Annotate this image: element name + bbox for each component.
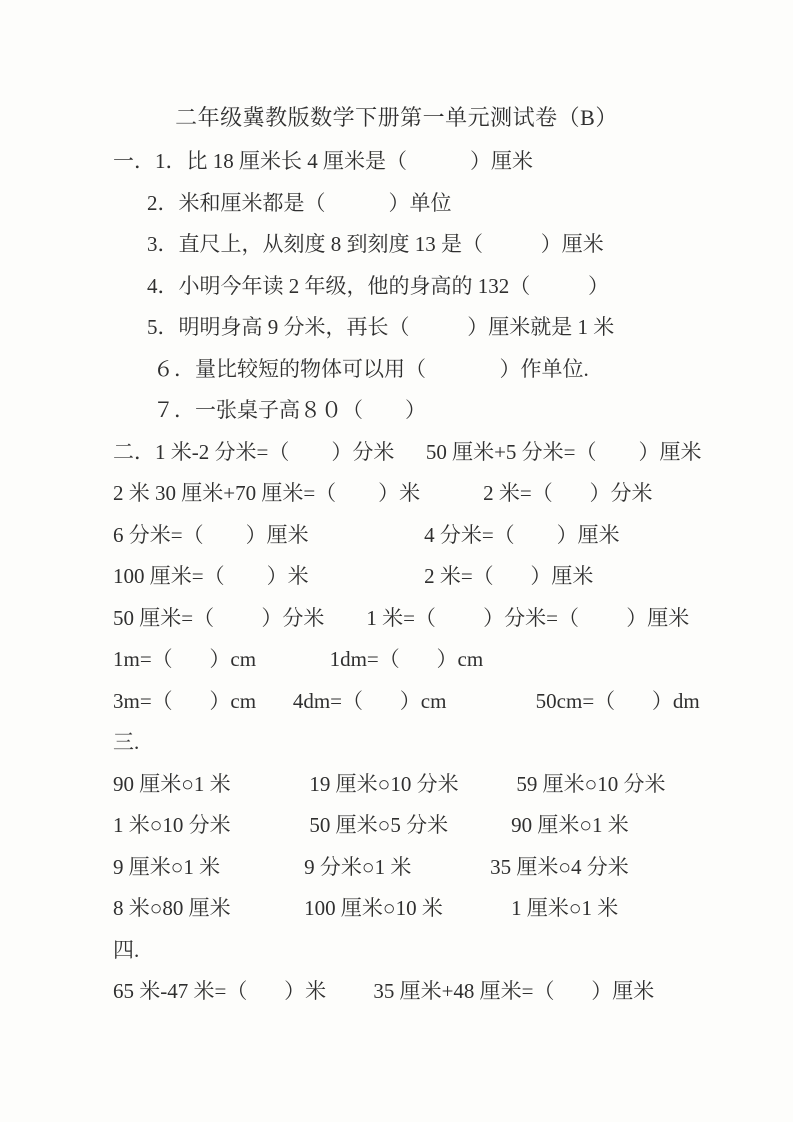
section-three-line-3: 9 厘米○1 米 9 分米○1 米 35 厘米○4 分米 bbox=[113, 847, 733, 889]
page-title: 二年级冀教版数学下册第一单元测试卷（B） bbox=[0, 101, 793, 132]
document-page: 二年级冀教版数学下册第一单元测试卷（B） 一．1．比 18 厘米长 4 厘米是（… bbox=[0, 0, 793, 1122]
section-one-item-4: 4．小明今年读 2 年级，他的身高的 132（ ） bbox=[113, 266, 733, 308]
section-two-line-4: 100 厘米=（ ）米 2 米=（ ）厘米 bbox=[113, 556, 733, 598]
section-one-item-6: ６．量比较短的物体可以用（ ）作单位. bbox=[113, 349, 733, 391]
section-two-line-1: 二．1 米-2 分米=（ ）分米 50 厘米+5 分米=（ ）厘米 bbox=[113, 432, 733, 474]
section-one-item-2: 2．米和厘米都是（ ）单位 bbox=[113, 183, 733, 225]
section-three: 三. 90 厘米○1 米 19 厘米○10 分米 59 厘米○10 分米 1 米… bbox=[113, 722, 733, 930]
section-three-line-4: 8 米○80 厘米 100 厘米○10 米 1 厘米○1 米 bbox=[113, 888, 733, 930]
section-two: 二．1 米-2 分米=（ ）分米 50 厘米+5 分米=（ ）厘米 2 米 30… bbox=[113, 432, 733, 723]
section-one: 一．1．比 18 厘米长 4 厘米是（ ）厘米 2．米和厘米都是（ ）单位 3．… bbox=[113, 141, 733, 432]
section-three-line-1: 90 厘米○1 米 19 厘米○10 分米 59 厘米○10 分米 bbox=[113, 764, 733, 806]
document-body: 一．1．比 18 厘米长 4 厘米是（ ）厘米 2．米和厘米都是（ ）单位 3．… bbox=[113, 141, 733, 1013]
section-two-line-2: 2 米 30 厘米+70 厘米=（ ）米 2 米=（ ）分米 bbox=[113, 473, 733, 515]
section-four-line-1: 65 米-47 米=（ ）米 35 厘米+48 厘米=（ ）厘米 bbox=[113, 971, 733, 1013]
section-two-line-6: 1m=（ ）cm 1dm=（ ）cm bbox=[113, 639, 733, 681]
section-two-line-3: 6 分米=（ ）厘米 4 分米=（ ）厘米 bbox=[113, 515, 733, 557]
section-two-line-7: 3m=（ ）cm 4dm=（ ）cm 50cm=（ ）dm bbox=[113, 681, 733, 723]
section-two-line-5: 50 厘米=（ ）分米 1 米=（ ）分米=（ ）厘米 bbox=[113, 598, 733, 640]
section-three-line-2: 1 米○10 分米 50 厘米○5 分米 90 厘米○1 米 bbox=[113, 805, 733, 847]
section-one-item-5: 5．明明身高 9 分米，再长（ ）厘米就是 1 米 bbox=[113, 307, 733, 349]
section-one-item-7: ７．一张桌子高８０（ ） bbox=[113, 390, 733, 432]
section-four-label: 四. bbox=[113, 930, 733, 972]
section-four: 四. 65 米-47 米=（ ）米 35 厘米+48 厘米=（ ）厘米 bbox=[113, 930, 733, 1013]
section-one-item-1: 一．1．比 18 厘米长 4 厘米是（ ）厘米 bbox=[113, 141, 733, 183]
section-three-label: 三. bbox=[113, 722, 733, 764]
section-one-item-3: 3．直尺上，从刻度 8 到刻度 13 是（ ）厘米 bbox=[113, 224, 733, 266]
